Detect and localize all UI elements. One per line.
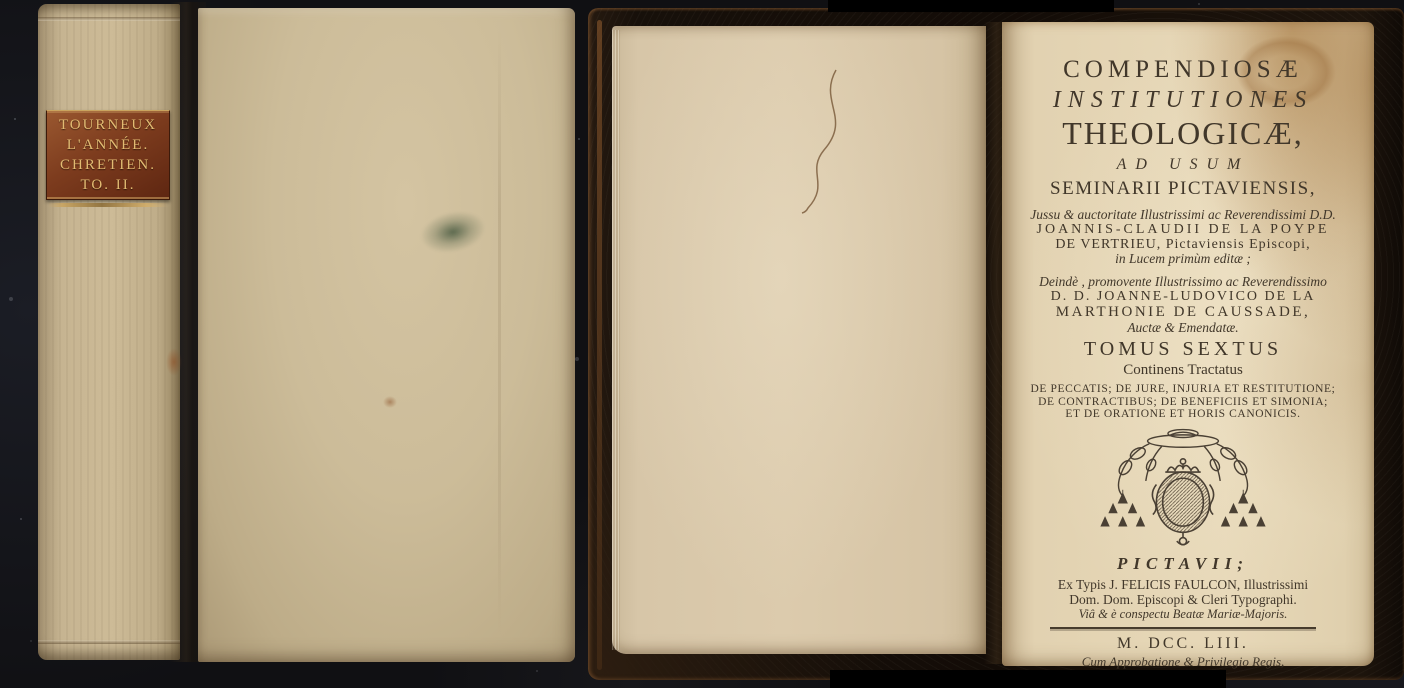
spine-label-line: TOURNEUX (47, 116, 169, 135)
imprint-rule (1050, 627, 1316, 629)
dedication-line-3: DE VERTRIEU, Pictaviensis Episcopi, (1006, 237, 1360, 252)
promoter-line-1: Deindè , promovente Illustrissimo ac Rev… (1006, 274, 1360, 289)
dedication-line-1: Jussu & auctoritate Illustrissimi ac Rev… (1006, 207, 1360, 222)
dedication-line-4: in Lucem primùm editæ ; (1006, 252, 1360, 266)
cover-crease (498, 28, 501, 638)
imprint-year: M. DCC. LIII. (1006, 635, 1360, 653)
imprint-line-3: Viâ & è conspectu Beatæ Mariæ-Majoris. (1006, 607, 1360, 621)
contents-line-2: DE CONTRACTIBUS; DE BENEFICIIS ET SIMONI… (1006, 396, 1360, 409)
promoter-line-4: Auctæ & Emendatæ. (1006, 320, 1360, 335)
dedication-line-2: JOANNIS-CLAUDII DE LA POYPE (1006, 222, 1360, 237)
hair-strand (772, 66, 932, 216)
contents-heading: Continens Tractatus (1006, 361, 1360, 379)
spine-label-line: TO. II. (47, 176, 169, 195)
dust-specks (0, 0, 2, 2)
imprint-line-2: Dom. Dom. Episcopi & Cleri Typographi. (1006, 592, 1360, 607)
title-page-text: COMPENDIOSÆ INSTITUTIONES THEOLOGICÆ, AD… (1006, 44, 1360, 669)
spine-label-line: CHRETIEN. (47, 156, 169, 175)
promoter-line-2: D. D. JOANNE-LUDOVICO DE LA (1006, 289, 1360, 304)
volume-heading: TOMUS SEXTUS (1006, 337, 1360, 361)
imprint-city: PICTAVII; (1006, 554, 1360, 574)
spine-label-line: L'ANNÉE. (47, 136, 169, 155)
brown-fleck-stain (383, 396, 397, 408)
contents-line-1: DE PECCATIS; DE JURE, INJURIA ET RESTITU… (1006, 383, 1360, 396)
title-line-3: THEOLOGICÆ, (1006, 115, 1360, 151)
title-page: COMPENDIOSÆ INSTITUTIONES THEOLOGICÆ, AD… (1002, 22, 1374, 666)
blank-verso-page (612, 26, 986, 654)
crop-bar-top (828, 0, 1114, 12)
book-spine: TOURNEUX L'ANNÉE. CHRETIEN. TO. II. (38, 4, 180, 660)
crop-bar-bottom (830, 670, 1226, 688)
title-line-5: SEMINARII PICTAVIENSIS, (1006, 177, 1360, 200)
gilt-rule (48, 203, 168, 207)
title-line-2: INSTITUTIONES (1006, 86, 1360, 115)
ink-smudge-stain (417, 206, 490, 259)
open-book: COMPENDIOSÆ INSTITUTIONES THEOLOGICÆ, AD… (588, 8, 1404, 680)
imprint-line-1: Ex Typis J. FELICIS FAULCON, Illustrissi… (1006, 577, 1360, 592)
contents-line-3: ET DE ORATIONE ET HORIS CANONICIS. (1006, 408, 1360, 421)
coat-of-arms-engraving (1091, 426, 1275, 550)
privilege-line: Cum Approbatione & Privilegio Regis, (1006, 654, 1360, 669)
title-line-4: AD USUM (1006, 154, 1360, 175)
photo-background: TOURNEUX L'ANNÉE. CHRETIEN. TO. II. (0, 0, 1404, 688)
closed-book: TOURNEUX L'ANNÉE. CHRETIEN. TO. II. (30, 2, 575, 664)
promoter-line-3: MARTHONIE DE CAUSSADE, (1006, 304, 1360, 320)
front-cover (198, 8, 575, 662)
spine-title-label: TOURNEUX L'ANNÉE. CHRETIEN. TO. II. (46, 110, 170, 200)
title-line-1: COMPENDIOSÆ (1006, 56, 1360, 84)
